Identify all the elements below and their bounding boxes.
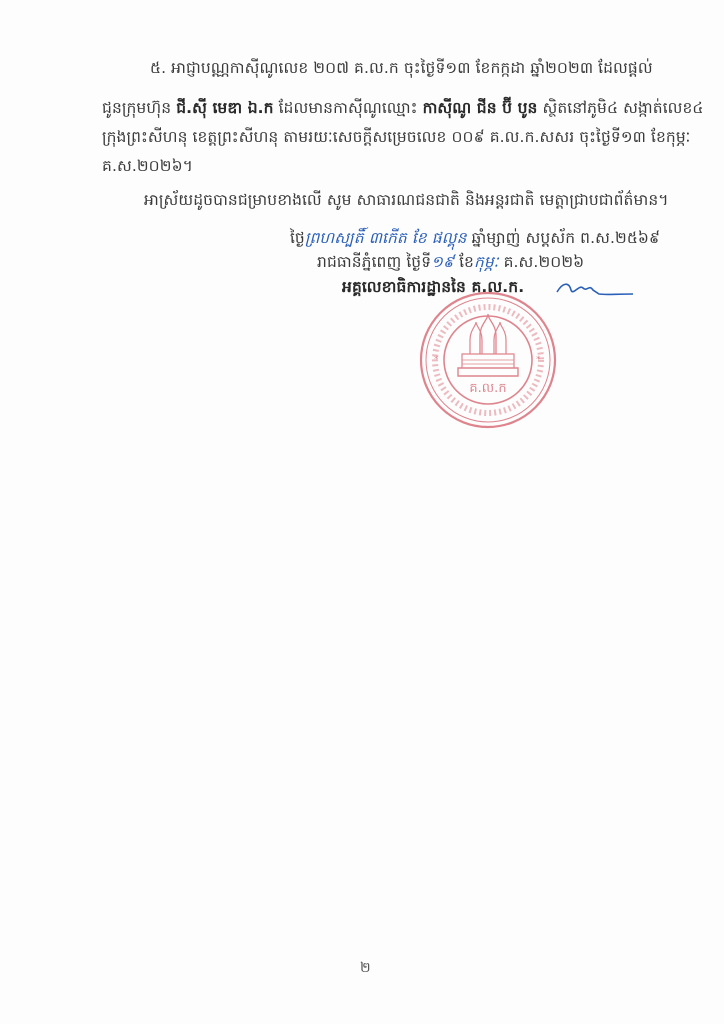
solar-day-handwritten: ១៩ bbox=[431, 253, 454, 271]
paragraph-5-line-3: ក្រុងព្រះសីហនុ ខេត្តព្រះសីហនុ តាមរយៈសេចក… bbox=[102, 127, 691, 147]
lunar-handwritten: ព្រហស្បតិ៍ ៣កើត ខែ ផល្គុន bbox=[305, 229, 467, 247]
signature-scribble bbox=[555, 278, 635, 300]
solar-date-line: រាជធានីភ្នំពេញ ថ្ងៃទី១៩ ខែកុម្ភៈ គ.ស.២០២… bbox=[317, 252, 584, 272]
document-page: ៥. អាជ្ញាបណ្ណកាស៊ីណូលេខ ២០៧ គ.ល.ក ចុះថ្ង… bbox=[0, 0, 724, 1024]
solar-mid: ខែ bbox=[454, 253, 474, 271]
company-name: ជី.ស៊ី មេឌា ឯ.ក bbox=[176, 99, 273, 117]
lunar-date-line: ថ្ងៃព្រហស្បតិ៍ ៣កើត ខែ ផល្គុន ឆ្នាំម្សាញ… bbox=[290, 228, 660, 248]
svg-text:គ.ល.ក: គ.ល.ក bbox=[469, 381, 506, 396]
closing-statement: អាស្រ័យដូចបានជម្រាបខាងលើ សូម សាធារណជនជាត… bbox=[144, 190, 669, 210]
paragraph-5-line-2: ជូនក្រុមហ៊ុន ជី.ស៊ី មេឌា ឯ.ក ដែលមានកាស៊ី… bbox=[102, 98, 704, 118]
casino-prefix: ដែលមានកាស៊ីណូឈ្មោះ bbox=[274, 99, 423, 117]
lunar-suffix: ឆ្នាំម្សាញ់ សប្តស័ក ព.ស.២៥៦៩ bbox=[467, 229, 661, 247]
lunar-prefix: ថ្ងៃ bbox=[290, 229, 305, 247]
svg-text:*: * bbox=[536, 355, 541, 365]
official-seal-icon: គ.ល.ក * * bbox=[418, 290, 558, 430]
location-text: ស្ថិតនៅភូមិ៤ សង្កាត់លេខ៤ bbox=[537, 99, 703, 117]
solar-month-handwritten: កុម្ភៈ bbox=[474, 253, 499, 271]
paragraph-5-line-1: ៥. អាជ្ញាបណ្ណកាស៊ីណូលេខ ២០៧ គ.ល.ក ចុះថ្ង… bbox=[150, 58, 653, 78]
solar-suffix: គ.ស.២០២៦ bbox=[499, 253, 585, 271]
casino-name: កាស៊ីណូ ជីន ប៊ី បូន bbox=[423, 99, 538, 117]
page-number: ២ bbox=[360, 958, 371, 979]
company-prefix: ជូនក្រុមហ៊ុន bbox=[102, 99, 176, 117]
svg-text:*: * bbox=[434, 355, 439, 365]
solar-prefix: រាជធានីភ្នំពេញ ថ្ងៃទី bbox=[317, 253, 431, 271]
paragraph-5-line-4: គ.ស.២០២៦។ bbox=[102, 156, 193, 176]
